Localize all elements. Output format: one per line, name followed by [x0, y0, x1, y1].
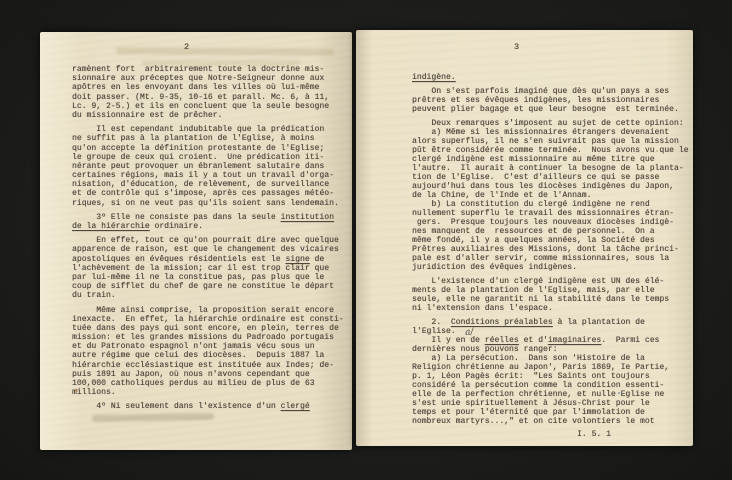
text-segment: apostoliques en évêques résidentiels est…	[72, 255, 285, 264]
text-segment: de	[310, 255, 325, 264]
paragraph: 2. Conditions préalables à la plantation…	[412, 318, 689, 426]
text-segment: 100,000 catholiques perdus au milieu de …	[72, 379, 315, 388]
text-segment: juridiction des évêques indigènes.	[412, 263, 577, 272]
text-line: apparence de raison, est que le changeme…	[72, 245, 344, 254]
text-line: elle de la perfection chrétienne, et nul…	[412, 390, 689, 399]
left-page-text: ramènent fort arbitrairement toute la do…	[72, 65, 344, 412]
text-segment: En effet, tout ce qu'on pourrait dire av…	[72, 236, 339, 245]
text-segment: pale est d'aller servir, comme missionna…	[412, 254, 669, 263]
text-line: 3º Elle ne consiste pas dans la seule in…	[72, 213, 344, 222]
text-line: et du Patronato espagnol n'ont jamais vé…	[72, 342, 344, 351]
text-segment: tion de l'Eglise. C'est d'ailleurs ce qu…	[412, 173, 659, 182]
text-segment: considéré la persécution comme la condit…	[412, 381, 664, 390]
paragraph: L'existence d'un clergé indigène est UN …	[412, 277, 689, 313]
text-segment: 3º Elle ne consiste pas dans la seule	[72, 213, 281, 222]
text-segment: et d'	[519, 336, 548, 345]
text-segment: apparence de raison, est que le changeme…	[72, 245, 339, 254]
paragraph: 3º Elle ne consiste pas dans la seule in…	[72, 213, 344, 231]
text-segment: nombreux martyrs...," et on cite volonti…	[412, 417, 655, 426]
text-line: de la Chine, de l'Inde et de l'Annam.	[412, 191, 689, 200]
text-segment: même fondé, il y a quelques années, la S…	[412, 236, 655, 245]
text-line: doit passer. (Mt. 9-35, 10-16 et parall.…	[72, 93, 344, 102]
text-line: dernières nous pouvons ranger:	[412, 345, 689, 354]
text-segment: riques, si on ne veut pas qu'ils soient …	[72, 199, 339, 208]
text-line: le groupe de ceux qui croient. Une prédi…	[72, 153, 344, 162]
text-segment: dernières nous pouvons ranger:	[412, 345, 558, 354]
text-segment: et de contrôle qui s'impose, après ces p…	[72, 189, 334, 198]
text-segment: l'autre. Il aurait à continuer la besogn…	[412, 164, 684, 173]
text-line: Il est cependant indubitable que la préd…	[72, 125, 344, 134]
text-line: Il y en de réelles et d'imaginaires. Par…	[412, 336, 689, 345]
text-line: puis 1891 au Japon, où nous n'avons cepe…	[72, 370, 344, 379]
text-line: ramènent fort arbitrairement toute la do…	[72, 65, 344, 74]
paragraph: Il est cependant indubitable que la préd…	[72, 125, 344, 208]
text-segment: nullement superflu le travail des missio…	[412, 209, 674, 218]
text-segment: alors superflus, il ne s'en suivrait pas…	[412, 137, 679, 146]
text-segment: puis 1891 au Japon, où nous n'avons cepe…	[72, 370, 310, 379]
text-line: aujourd'hui dans tous les diocèses indig…	[412, 182, 689, 191]
text-line: même fondé, il y a quelques années, la S…	[412, 236, 689, 245]
text-line: s'est unie spirituellement à Jésus-Chris…	[412, 399, 689, 408]
faint-handwriting	[92, 413, 214, 422]
text-segment: L'existence d'un clergé indigène est UN …	[412, 277, 664, 286]
text-segment: Deux remarques s'imposent au sujet de ce…	[412, 119, 684, 128]
text-line: de la hiérarchie ordinaire.	[72, 222, 344, 231]
text-segment: et du Patronato espagnol n'ont jamais vé…	[72, 342, 315, 351]
text-segment: Même ainsi comprise, la proposition sera…	[72, 306, 334, 315]
text-line: tion de l'Eglise. C'est d'ailleurs ce qu…	[412, 173, 689, 182]
text-segment: inexacte. En effet, la hiérarchie ordina…	[72, 315, 344, 324]
text-segment: du missionnaire est de prêcher.	[72, 111, 222, 120]
text-line: On s'est parfois imaginé que dès qu'un p…	[412, 87, 689, 96]
text-line: pale est d'aller servir, comme missionna…	[412, 254, 689, 263]
text-segment: ni l'extension dans l'espace.	[412, 304, 553, 313]
paper-speck	[656, 150, 658, 152]
text-line: temps et pour l'éternité que par l'immol…	[412, 408, 689, 417]
text-line: du train.	[72, 291, 344, 300]
text-line: apostoliques en évêques résidentiels est…	[72, 255, 344, 264]
paragraph: indigène.	[412, 73, 689, 82]
text-line: nullement superflu le travail des missio…	[412, 209, 689, 218]
text-segment: 2.	[412, 318, 451, 327]
text-line: 100,000 catholiques perdus au milieu de …	[72, 379, 344, 388]
left-page: 2 ramènent fort arbitrairement toute la …	[40, 32, 352, 450]
text-line: nisation, d'éducation, de relèvement, de…	[72, 180, 344, 189]
text-line: nes manquent de ressources et de personn…	[412, 227, 689, 236]
text-segment: seule, elle ne garantit ni la stabilité …	[412, 295, 669, 304]
paragraph: Deux remarques s'imposent au sujet de ce…	[412, 119, 689, 272]
text-line: et de contrôle qui s'impose, après ces p…	[72, 189, 344, 198]
underlined-text: de la hiérarchie	[72, 222, 150, 231]
text-segment: prêtres et ses évêques indigènes, les mi…	[412, 96, 659, 105]
text-segment: Il est cependant indubitable que la préd…	[72, 125, 324, 134]
text-line: 4º Ni seulement dans l'existence d'un cl…	[72, 402, 344, 411]
text-line: autre régime que celui des diocèses. Dep…	[72, 351, 344, 360]
handwritten-note: a/	[465, 328, 475, 338]
text-segment: . Parmi ces	[601, 336, 659, 345]
text-line: a) Même si les missionnaires étrangers d…	[412, 128, 689, 137]
text-segment: qu'on accepte la définition protestante …	[72, 144, 324, 153]
margin-mark: *	[74, 388, 79, 398]
text-line: clergé indigène est missionnaire au même…	[412, 155, 689, 164]
text-segment: s'est unie spirituellement à Jésus-Chris…	[412, 399, 650, 408]
text-line: En effet, tout ce qu'on pourrait dire av…	[72, 236, 344, 245]
underlined-text: clergé	[281, 402, 310, 411]
text-line: prêtres et ses évêques indigènes, les mi…	[412, 96, 689, 105]
document-scan: 2 ramènent fort arbitrairement toute la …	[0, 0, 732, 480]
text-line: 2. Conditions préalables à la plantation…	[412, 318, 689, 327]
text-segment: tuée dans des pays qui sont encore, en p…	[72, 324, 339, 333]
text-segment: l'Eglise.	[412, 327, 465, 336]
text-segment: hiérarchie ecclésiastique est instituée …	[72, 361, 334, 370]
underlined-text: réelles	[485, 336, 519, 345]
text-line: Deux remarques s'imposent au sujet de ce…	[412, 119, 689, 128]
text-segment: coup de sifflet du chef de gare ne const…	[72, 282, 334, 291]
text-segment: sionnaire aux préceptes que Notre-Seigne…	[72, 74, 324, 83]
text-segment: certaines régions, mais il y a tout un t…	[72, 171, 334, 180]
text-line: p. 1, Léon Pagès écrit: "Les Saints ont …	[412, 372, 689, 381]
text-line: mission: et les grandes missions du Padr…	[72, 333, 344, 342]
text-segment: elle de la perfection chrétienne, et nul…	[412, 390, 664, 399]
text-segment: de la Chine, de l'Inde et de l'Annam.	[412, 191, 591, 200]
archive-reference-number: I. 5. 1	[412, 430, 689, 439]
text-line: coup de sifflet du chef de gare ne const…	[72, 282, 344, 291]
text-segment: nes manquent de ressources et de personn…	[412, 227, 655, 236]
paragraph: ramènent fort arbitrairement toute la do…	[72, 65, 344, 120]
paragraph: 4º Ni seulement dans l'existence d'un cl…	[72, 402, 344, 411]
text-segment: Prêtres auxiliaires des Missions, dont l…	[412, 245, 679, 254]
paragraph: On s'est parfois imaginé que dès qu'un p…	[412, 87, 689, 114]
text-line: Prêtres auxiliaires des Missions, dont l…	[412, 245, 689, 254]
text-segment: ramènent fort arbitrairement toute la do…	[72, 65, 324, 74]
text-line: b) La constitution du clergé indigène ne…	[412, 200, 689, 209]
text-segment: doit passer. (Mt. 9-35, 10-16 et parall.…	[72, 93, 329, 102]
text-segment: b) La constitution du clergé indigène ne…	[412, 200, 650, 209]
text-line: gers. Presque toujours les nouveaux dioc…	[412, 218, 689, 227]
text-line: a) La persécution. Dans son 'Histoire de…	[412, 354, 689, 363]
text-segment: aujourd'hui dans tous les diocèses indig…	[412, 182, 674, 191]
ghost-stamp-line-1	[116, 47, 334, 56]
text-line: ni l'extension dans l'espace.	[412, 304, 689, 313]
text-segment: le groupe de ceux qui croient. Une prédi…	[72, 153, 324, 162]
text-line: Même ainsi comprise, la proposition sera…	[72, 306, 344, 315]
text-segment: ordinaire.	[150, 222, 203, 231]
text-segment: mission: et les grandes missions du Padr…	[72, 333, 334, 342]
text-line: ments de la plantation de l'Eglise, mais…	[412, 286, 689, 295]
text-line: l'Eglise. a/	[412, 327, 689, 336]
text-segment: 4º Ni seulement dans l'existence d'un	[72, 402, 281, 411]
paragraph: En effet, tout ce qu'on pourrait dire av…	[72, 236, 344, 300]
text-segment: On s'est parfois imaginé que dès qu'un p…	[412, 87, 669, 96]
page-number-right: 3	[514, 42, 519, 52]
text-line: nombreux martyrs...," et on cite volonti…	[412, 417, 689, 426]
text-line: l'achèvement de la mission; car il est t…	[72, 264, 344, 273]
text-segment: Lc. 9, 2-5.) et ils en concluent que la …	[72, 102, 329, 111]
text-line: tuée dans des pays qui sont encore, en p…	[72, 324, 344, 333]
text-line: alors superflus, il ne s'en suivrait pas…	[412, 137, 689, 146]
text-segment: du train.	[72, 291, 116, 300]
text-segment: l'achèvement de la mission; car il est t…	[72, 264, 329, 273]
text-line: indigène.	[412, 73, 689, 82]
text-line: nérante peut provoquer un ébranlement sa…	[72, 162, 344, 171]
text-segment: peuvent plier bagage et que leur besogne…	[412, 105, 679, 114]
text-line: Lc. 9, 2-5.) et ils en concluent que la …	[72, 102, 344, 111]
text-line: peuvent plier bagage et que leur besogne…	[412, 105, 689, 114]
text-segment: Religion chrétienne au Japon', Paris 186…	[412, 363, 669, 372]
text-line: Religion chrétienne au Japon', Paris 186…	[412, 363, 689, 372]
paper-speck	[618, 392, 620, 394]
underlined-text: imaginaires	[548, 336, 601, 345]
text-line: L'existence d'un clergé indigène est UN …	[412, 277, 689, 286]
text-segment: pût être considérée comme terminée. Nous…	[412, 146, 689, 155]
text-segment: Il y en de	[412, 336, 485, 345]
text-line: l'autre. Il aurait à continuer la besogn…	[412, 164, 689, 173]
right-page-text: indigène. On s'est parfois imaginé que d…	[412, 73, 689, 439]
text-segment: nérante peut provoquer un ébranlement sa…	[72, 162, 324, 171]
text-line: considéré la persécution comme la condit…	[412, 381, 689, 390]
text-line: millions.	[72, 388, 344, 397]
text-line: du missionnaire est de prêcher.	[72, 111, 344, 120]
text-segment: p. 1, Léon Pagès écrit: "Les Saints ont …	[412, 372, 650, 381]
text-segment: temps et pour l'éternité que par l'immol…	[412, 408, 645, 417]
text-segment: par lui-même il ne la constitue pas, pas…	[72, 273, 324, 282]
underlined-text: Conditions préalables	[451, 318, 553, 327]
text-segment: a) La persécution. Dans son 'Histoire de…	[412, 354, 645, 363]
text-segment: clergé indigène est missionnaire au même…	[412, 155, 655, 164]
text-segment: autre régime que celui des diocèses. Dep…	[72, 351, 324, 360]
text-segment: nisation, d'éducation, de relèvement, de…	[72, 180, 329, 189]
paragraph: Même ainsi comprise, la proposition sera…	[72, 306, 344, 398]
text-line: inexacte. En effet, la hiérarchie ordina…	[72, 315, 344, 324]
text-line: qu'on accepte la définition protestante …	[72, 144, 344, 153]
text-segment: gers. Presque toujours les nouveaux dioc…	[412, 218, 674, 227]
text-line: seule, elle ne garantit ni la stabilité …	[412, 295, 689, 304]
underlined-text: indigène.	[412, 73, 456, 82]
text-segment: ne suffit pas à la plantation de l'Eglis…	[72, 134, 315, 143]
text-line: pût être considérée comme terminée. Nous…	[412, 146, 689, 155]
text-segment: a) Même si les missionnaires étrangers d…	[412, 128, 669, 137]
underlined-text: institution	[281, 213, 334, 222]
text-line: apôtres en les envoyant dans les villes …	[72, 83, 344, 92]
text-line: ne suffit pas à la plantation de l'Eglis…	[72, 134, 344, 143]
text-line: sionnaire aux préceptes que Notre-Seigne…	[72, 74, 344, 83]
text-line: juridiction des évêques indigènes.	[412, 263, 689, 272]
text-line: hiérarchie ecclésiastique est instituée …	[72, 361, 344, 370]
text-line: par lui-même il ne la constitue pas, pas…	[72, 273, 344, 282]
page-number-left: 2	[184, 42, 189, 52]
text-line: certaines régions, mais il y a tout un t…	[72, 171, 344, 180]
text-segment: à la plantation de	[553, 318, 645, 327]
text-segment: ments de la plantation de l'Eglise, mais…	[412, 286, 655, 295]
right-page: 3 indigène. On s'est parfois imaginé que…	[356, 30, 693, 446]
underlined-text: signe	[285, 255, 309, 264]
text-segment: apôtres en les envoyant dans les villes …	[72, 83, 319, 92]
text-line: riques, si on ne veut pas qu'ils soient …	[72, 199, 344, 208]
